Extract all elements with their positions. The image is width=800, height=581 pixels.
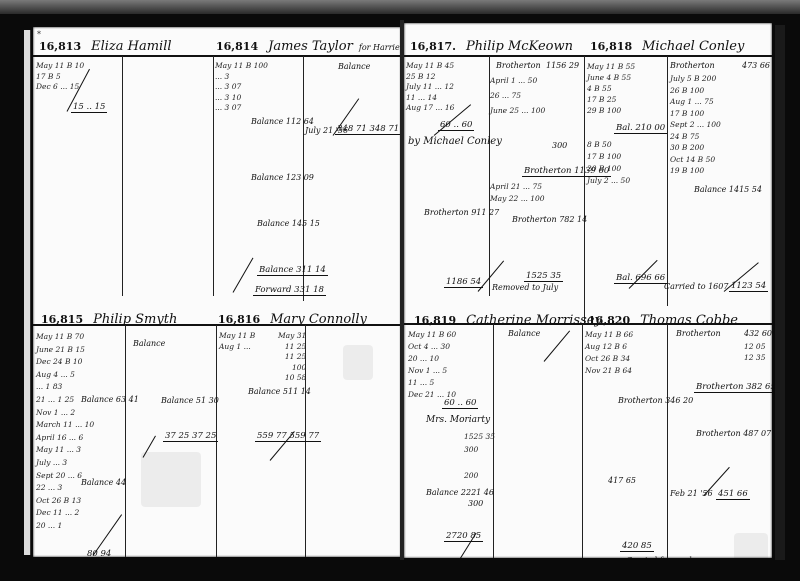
credit-column-label: Balance <box>133 339 165 348</box>
column-rule <box>584 56 585 324</box>
account-credits: April 21 ... 75 May 22 ... 100 <box>490 181 545 205</box>
account-header: 16,815 Philip Smyth <box>41 312 177 327</box>
ledger-entry: July 11 ... 12 <box>406 82 454 93</box>
ledger-amount: May 31 <box>278 331 306 342</box>
credit-column-label: Brotherton <box>670 61 715 70</box>
forward-total: Forward 331 18 <box>253 285 326 296</box>
header-rule <box>404 55 772 57</box>
account-note: for Harriet Taylor <box>359 43 401 52</box>
ledger-entry: April 16 ... 6 <box>36 432 94 445</box>
account-header: 16,817. Philip McKeown <box>410 39 573 54</box>
ledger-amount: 12 35 <box>744 352 765 363</box>
header-rule <box>33 55 401 57</box>
account-header: 16,814 James Taylor for Harriet Taylor <box>216 39 401 54</box>
account-entries: 8 B 50 17 B 100 20 B 100 July 2 ... 50 <box>587 139 630 187</box>
balance-label: Balance 112 64 <box>251 117 314 126</box>
ledger-entry: March 11 ... 10 <box>36 419 94 432</box>
ledger-entry: 30 B 200 <box>670 142 721 154</box>
ledger-entry: 8 B 50 <box>587 139 630 151</box>
transfer-note: Mrs. Moriarty <box>426 415 490 425</box>
ledger-entry: July 2 ... 50 <box>587 175 630 187</box>
ledger-entry: Dec 11 ... 2 <box>36 507 94 520</box>
account-entries: May 11 B 66 Aug 12 B 6 Oct 26 B 34 Nov 2… <box>585 329 633 377</box>
account-holder-name: Mary Connolly <box>270 312 367 327</box>
ledger-amount: 11 25 <box>278 342 306 353</box>
account-number: 16,815 <box>41 313 83 326</box>
ledger-entry: Aug 1 ... <box>219 342 255 353</box>
balance-label: Balance 1415 54 <box>694 185 762 194</box>
ledger-entry: 17 B 100 <box>587 151 630 163</box>
column-rule <box>122 56 123 296</box>
account-amounts: May 31 11 25 11 25 100 10 58 <box>278 331 306 384</box>
ledger-entry: Oct 26 B 13 <box>36 495 94 508</box>
account-header: 16,813 Eliza Hamill <box>39 39 172 54</box>
ledger-entry: July 5 B 200 <box>670 73 721 85</box>
ledger-entry: May 11 ... 3 <box>36 444 94 457</box>
brought-forward: 432 60 <box>744 329 772 338</box>
ledger-entry: May 11 B 66 <box>585 329 633 341</box>
account-total: 15 .. 15 <box>71 102 107 113</box>
account-amounts: 12 05 12 35 <box>744 341 765 363</box>
balance-label: Balance 63 41 <box>81 395 139 404</box>
balance-label: Balance 145 15 <box>257 219 320 228</box>
ledger-amount: 12 05 <box>744 341 765 352</box>
ledger-entry: 17 B 5 <box>36 72 84 83</box>
column-rule <box>582 324 583 558</box>
credit-column-label: Balance <box>338 62 370 71</box>
ledger-entry: May 11 B 10 <box>36 61 84 72</box>
ledger-entry: 19 B 100 <box>670 165 721 177</box>
account-entries: May 11 B 70 June 21 B 15 Dec 24 B 10 Aug… <box>36 331 94 533</box>
account-entries: May 11 B 100 ... 3 ... 3 07 ... 3 10 ...… <box>215 61 268 114</box>
ledger-entry: May 11 B 60 <box>408 329 456 341</box>
ledger-amount: 300 <box>468 499 483 508</box>
account-number: 16,814 <box>216 40 258 53</box>
ledger-amount: 11 25 <box>278 352 306 363</box>
ledger-entry: 20 ... 1 <box>36 520 94 533</box>
account-credits: July 5 B 200 26 B 100 Aug 1 ... 75 17 B … <box>670 73 721 177</box>
account-number: 16,820 <box>588 314 630 327</box>
cancel-stroke <box>544 331 570 362</box>
ledger-entry: Aug 12 B 6 <box>585 341 633 353</box>
ledger-entry: ... 3 10 <box>215 93 268 104</box>
balance-label: 1525 35 <box>524 271 563 282</box>
book-edge-left <box>24 30 31 555</box>
account-number: 16,813 <box>39 40 81 53</box>
ledger-entry: 11 ... 14 <box>406 93 454 104</box>
ledger-entry: 17 B 25 <box>587 94 635 105</box>
credit-column-label: Balance <box>508 329 540 338</box>
page-stain <box>734 533 768 558</box>
account-credits: April 1 ... 50 26 ... 75 June 25 ... 100 <box>490 73 545 118</box>
ledger-entry: Aug 1 ... 75 <box>670 96 721 108</box>
transfer-note: by Michael Conley <box>408 136 502 147</box>
account-number: 16,816 <box>218 313 260 326</box>
ledger-entry: May 22 ... 100 <box>490 193 545 205</box>
ledger-entry: May 11 B 45 <box>406 61 454 72</box>
closing-note: Carried to 1607 <box>664 282 728 291</box>
ledger-entry: Aug 4 ... 5 <box>36 369 94 382</box>
ledger-entry: May 11 B <box>219 331 255 342</box>
credit-column-label: Brotherton <box>496 61 541 70</box>
balance-label: Bal. 210 00 <box>614 123 667 134</box>
account-holder-name: James Taylor <box>268 39 353 54</box>
account-header: 16,820 Thomas Cobbe <box>588 313 738 328</box>
ledger-amount: 300 <box>464 443 495 456</box>
account-number: 16,819 <box>414 314 456 327</box>
ledger-entry: June 4 B 55 <box>587 72 635 83</box>
account-entries: May 11 B Aug 1 ... <box>219 331 255 352</box>
account-header: 16,818 Michael Conley <box>590 39 744 54</box>
settled-total: 37 25 37 25 <box>163 431 218 442</box>
balance-label: Brotherton 911 27 <box>424 208 499 217</box>
settle-date: July 21 '56 <box>305 126 348 135</box>
ledger-entry: Nov 1 ... 5 <box>408 365 456 377</box>
balance-label: 417 65 <box>608 476 636 485</box>
ledger-amount: 10 58 <box>278 373 306 384</box>
ledger-entry: April 21 ... 75 <box>490 181 545 193</box>
ledger-entry: June 25 ... 100 <box>490 103 545 118</box>
ledger-entry: Oct 4 ... 30 <box>408 341 456 353</box>
ledger-entry: April 1 ... 50 <box>490 73 545 88</box>
ledger-entry: 20 ... 10 <box>408 353 456 365</box>
balance-label: Balance 44 <box>81 478 126 487</box>
column-rule <box>125 325 126 557</box>
ledger-page-left: * 16,813 Eliza Hamill May 11 B 10 17 B 5… <box>33 27 401 557</box>
ledger-entry: July ... 3 <box>36 457 94 470</box>
account-entries: May 11 B 45 25 B 12 July 11 ... 12 11 ..… <box>406 61 454 114</box>
brought-forward: 1156 29 <box>546 61 579 70</box>
ledger-entry: Oct 14 B 50 <box>670 154 721 166</box>
cancel-stroke <box>233 258 254 293</box>
account-entries: May 11 B 55 June 4 B 55 4 B 55 17 B 25 2… <box>587 61 635 116</box>
balance-label: 420 85 <box>620 541 654 552</box>
ledger-page-right: 16,817. Philip McKeown May 11 B 45 25 B … <box>404 23 772 558</box>
ledger-amount: 100 <box>278 363 306 374</box>
account-subtotal: 60 .. 60 <box>442 398 478 409</box>
account-header: 16,819 Catherine Morrissey <box>414 313 602 328</box>
column-rule <box>667 324 668 558</box>
page-stain <box>343 345 373 380</box>
ledger-entry: June 21 B 15 <box>36 344 94 357</box>
balance-label: Brotherton 382 65 <box>694 382 772 393</box>
ledger-entry: Aug 17 ... 16 <box>406 103 454 114</box>
ledger-entry: May 11 B 100 <box>215 61 268 72</box>
account-holder-name: Eliza Hamill <box>91 39 171 54</box>
closing-note: Removed to July <box>492 283 558 292</box>
balance-label: Brotherton 782 14 <box>512 215 587 224</box>
balance-label: Balance 51 30 <box>161 396 219 405</box>
account-entries: May 11 B 10 17 B 5 Dec 6 ... 15 <box>36 61 84 93</box>
column-rule <box>667 56 668 306</box>
ledger-entry: 17 B 100 <box>670 108 721 120</box>
account-entries: May 11 B 60 Oct 4 ... 30 20 ... 10 Nov 1… <box>408 329 456 401</box>
account-number: 16,818 <box>590 40 632 53</box>
ledger-entry: May 11 B 55 <box>587 61 635 72</box>
account-holder-name: Philip McKeown <box>466 39 573 54</box>
ledger-entry: Dec 24 B 10 <box>36 356 94 369</box>
ledger-amount: 1525 35 <box>464 430 495 443</box>
ledger-entry: Sept 2 ... 100 <box>670 119 721 131</box>
ledger-entry: ... 3 <box>215 72 268 83</box>
account-total: 451 66 <box>716 489 750 500</box>
ledger-entry: 11 ... 5 <box>408 377 456 389</box>
balance-label: Brotherton 346 20 <box>618 396 693 405</box>
ledger-entry: May 11 B 70 <box>36 331 94 344</box>
ledger-entry: 26 B 100 <box>670 85 721 97</box>
account-header: 16,816 Mary Connolly <box>218 312 367 327</box>
ledger-entry: Oct 26 B 34 <box>585 353 633 365</box>
ledger-entry: 26 ... 75 <box>490 88 545 103</box>
account-total: 1186 54 <box>444 277 483 288</box>
column-rule <box>213 56 214 296</box>
ledger-entry: ... 3 07 <box>215 82 268 93</box>
ledger-entry: 4 B 55 <box>587 83 635 94</box>
balance-label: Balance 2221 46 <box>426 488 494 497</box>
ledger-entry: Nov 21 B 64 <box>585 365 633 377</box>
balance-label: Balance 123 09 <box>251 173 314 182</box>
account-number: 16,817. <box>410 40 456 53</box>
account-holder-name: Thomas Cobbe <box>640 313 738 328</box>
account-amounts: 1525 35 300 200 <box>464 430 495 482</box>
brought-forward: 473 66 <box>742 61 770 70</box>
account-holder-name: Catherine Morrissey <box>466 313 602 328</box>
balance-label: Balance 511 14 <box>248 387 311 396</box>
ledger-entry: 24 B 75 <box>670 131 721 143</box>
ledger-amount: 200 <box>464 469 495 482</box>
account-total: 80 94 <box>85 549 113 557</box>
ledger-entry: ... 3 07 <box>215 103 268 114</box>
ledger-entry: 29 B 100 <box>587 105 635 116</box>
account-holder-name: Michael Conley <box>642 39 744 54</box>
closing-note: Carried forward <box>626 556 692 558</box>
book-edge-right <box>775 25 785 560</box>
ledger-entry: 20 B 100 <box>587 163 630 175</box>
balance-label: Balance 311 14 <box>257 265 328 276</box>
ledger-amount: 300 <box>552 141 567 150</box>
ledger-entry: Nov 1 ... 2 <box>36 407 94 420</box>
balance-label: Brotherton 487 07 <box>696 429 771 438</box>
page-stain <box>141 452 201 507</box>
ledger-entry: 25 B 12 <box>406 72 454 83</box>
account-holder-name: Philip Smyth <box>93 312 177 327</box>
scanner-top-edge <box>0 0 800 14</box>
credit-column-label: Brotherton <box>676 329 721 338</box>
page-mark: * <box>37 30 41 39</box>
balance-label: 2720 85 <box>444 531 483 542</box>
ledger-entry: ... 1 83 <box>36 381 94 394</box>
